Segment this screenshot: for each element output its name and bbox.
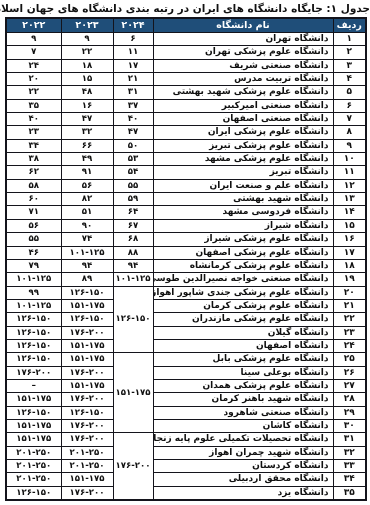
cell-rank-2023: ۳۲ bbox=[61, 126, 113, 139]
table-row: ۷۱۵۱۶۴دانشگاه فردوسی مشهد۱۴ bbox=[6, 206, 366, 219]
cell-university-name: دانشگاه علوم پزشکی مشهد bbox=[153, 153, 333, 166]
cell-row-number: ۲۳ bbox=[333, 326, 366, 339]
cell-rank-2022: ۱۲۶-۱۵۰ bbox=[6, 486, 61, 500]
cell-rank-2024: ۱۷۶-۲۰۰ bbox=[113, 433, 153, 500]
cell-rank-2023: ۱۵۱-۱۷۵ bbox=[61, 299, 113, 312]
cell-row-number: ۷ bbox=[333, 113, 366, 126]
cell-rank-2024: ۲۱ bbox=[113, 73, 153, 86]
cell-rank-2022: ۱۲۶-۱۵۰ bbox=[6, 406, 61, 419]
cell-university-name: دانشگاه تبریز bbox=[153, 166, 333, 179]
header-2023: ۲۰۲۳ bbox=[61, 18, 113, 33]
cell-rank-2022: ۲۳ bbox=[6, 126, 61, 139]
table-row: ۲۳۳۲۴۷دانشگاه علوم پزشکی ایران۸ bbox=[6, 126, 366, 139]
table-row: ۱۲۶-۱۵۰۱۷۶-۲۰۰دانشگاه یزد۳۵ bbox=[6, 486, 366, 500]
cell-rank-2023: ۹ bbox=[61, 33, 113, 46]
table-row: ۹۹۱۲۶-۱۵۰۱۲۶-۱۵۰دانشگاه علوم پزشکی جندی … bbox=[6, 286, 366, 299]
cell-row-number: ۲۷ bbox=[333, 379, 366, 392]
cell-university-name: دانشگاه علوم پزشکی شهید بهشتی bbox=[153, 86, 333, 99]
cell-rank-2023: ۹۴ bbox=[61, 259, 113, 272]
cell-university-name: دانشگاه کاشان bbox=[153, 419, 333, 432]
cell-rank-2024: ۱۰۱-۱۲۵ bbox=[113, 273, 153, 286]
cell-university-name: دانشگاه شهید چمران اهواز bbox=[153, 446, 333, 459]
cell-rank-2024: ۳۷ bbox=[113, 99, 153, 112]
cell-row-number: ۳۳ bbox=[333, 460, 366, 473]
cell-rank-2023: ۱۵۱-۱۷۵ bbox=[61, 339, 113, 352]
cell-rank-2022: ۲۰۱-۲۵۰ bbox=[6, 473, 61, 486]
cell-rank-2023: ۱۵۱-۱۷۵ bbox=[61, 473, 113, 486]
cell-rank-2024: ۶۷ bbox=[113, 219, 153, 232]
header-2024: ۲۰۲۴ bbox=[113, 18, 153, 33]
cell-university-name: دانشگاه بوعلی سینا bbox=[153, 366, 333, 379]
cell-university-name: دانشگاه تربیت مدرس bbox=[153, 73, 333, 86]
cell-university-name: دانشگاه علوم پزشکی شیراز bbox=[153, 233, 333, 246]
cell-rank-2023: ۱۵۱-۱۷۵ bbox=[61, 379, 113, 392]
cell-rank-2022: ۱۰۱-۱۲۵ bbox=[6, 299, 61, 312]
cell-rank-2023: ۱۷۶-۲۰۰ bbox=[61, 393, 113, 406]
table-row: ۲۴۱۸۱۷دانشگاه صنعتی شریف۳ bbox=[6, 59, 366, 72]
cell-rank-2024: ۱۲۶-۱۵۰ bbox=[113, 286, 153, 353]
cell-row-number: ۳ bbox=[333, 59, 366, 72]
cell-row-number: ۲۲ bbox=[333, 313, 366, 326]
cell-rank-2023: ۱۰۱-۱۲۵ bbox=[61, 246, 113, 259]
table-row: ۱۰۱-۱۲۵۸۹۱۰۱-۱۲۵دانشگاه صنعتی خواجه نصیر… bbox=[6, 273, 366, 286]
cell-row-number: ۱۶ bbox=[333, 233, 366, 246]
cell-rank-2024: ۴۰ bbox=[113, 113, 153, 126]
cell-rank-2024: ۵۴ bbox=[113, 166, 153, 179]
cell-rank-2022: ۴۰ bbox=[6, 113, 61, 126]
cell-rank-2024: ۱۷ bbox=[113, 59, 153, 72]
table-row: ۵۵۷۴۶۸دانشگاه علوم پزشکی شیراز۱۶ bbox=[6, 233, 366, 246]
cell-rank-2024: ۶۸ bbox=[113, 233, 153, 246]
cell-university-name: دانشگاه گیلان bbox=[153, 326, 333, 339]
cell-rank-2023: ۹۱ bbox=[61, 166, 113, 179]
table-row: ۲۲۴۸۳۱دانشگاه علوم پزشکی شهید بهشتی۵ bbox=[6, 86, 366, 99]
cell-rank-2022: ۱۵۱-۱۷۵ bbox=[6, 433, 61, 446]
table-row: ۱۰۱-۱۲۵۱۵۱-۱۷۵دانشگاه علوم پزشکی کرمان۲۱ bbox=[6, 299, 366, 312]
cell-rank-2023: ۱۲۶-۱۵۰ bbox=[61, 286, 113, 299]
cell-row-number: ۲۸ bbox=[333, 393, 366, 406]
cell-rank-2024: ۵۹ bbox=[113, 193, 153, 206]
cell-university-name: دانشگاه صنعتی امیرکبیر bbox=[153, 99, 333, 112]
cell-rank-2024: ۳۱ bbox=[113, 86, 153, 99]
cell-rank-2022: ۲۰۱-۲۵۰ bbox=[6, 460, 61, 473]
cell-rank-2023: ۸۹ bbox=[61, 273, 113, 286]
table-row: ۱۲۶-۱۵۰۱۷۶-۲۰۰دانشگاه گیلان۲۳ bbox=[6, 326, 366, 339]
cell-row-number: ۱۳ bbox=[333, 193, 366, 206]
table-row: ۲۰۱-۲۵۰۲۰۱-۲۵۰دانشگاه شهید چمران اهواز۳۲ bbox=[6, 446, 366, 459]
table-row: –۱۵۱-۱۷۵دانشگاه علوم پزشکی همدان۲۷ bbox=[6, 379, 366, 392]
cell-rank-2022: ۵۵ bbox=[6, 233, 61, 246]
cell-rank-2023: ۱۷۶-۲۰۰ bbox=[61, 326, 113, 339]
cell-university-name: دانشگاه اصفهان bbox=[153, 339, 333, 352]
table-row: ۱۵۱-۱۷۵۱۷۶-۲۰۰۱۷۶-۲۰۰دانشگاه تحصیلات تکم… bbox=[6, 433, 366, 446]
cell-rank-2024: ۱۱ bbox=[113, 46, 153, 59]
cell-rank-2024: ۱۵۱-۱۷۵ bbox=[113, 353, 153, 433]
header-2022: ۲۰۲۲ bbox=[6, 18, 61, 33]
cell-rank-2022: ۹ bbox=[6, 33, 61, 46]
cell-row-number: ۲۱ bbox=[333, 299, 366, 312]
cell-rank-2022: ۵۸ bbox=[6, 179, 61, 192]
table-row: ۹۹۶دانشگاه تهران۱ bbox=[6, 33, 366, 46]
table-body: ۹۹۶دانشگاه تهران۱۷۲۲۱۱دانشگاه علوم پزشکی… bbox=[6, 33, 366, 501]
cell-rank-2022: ۱۲۶-۱۵۰ bbox=[6, 313, 61, 326]
cell-row-number: ۲ bbox=[333, 46, 366, 59]
cell-rank-2023: ۲۲ bbox=[61, 46, 113, 59]
cell-university-name: دانشگاه علوم پزشکی تبریز bbox=[153, 139, 333, 152]
cell-university-name: دانشگاه شیراز bbox=[153, 219, 333, 232]
cell-rank-2023: ۱۶ bbox=[61, 99, 113, 112]
table-row: ۲۰۱-۲۵۰۲۰۱-۲۵۰دانشگاه کردستان۳۳ bbox=[6, 460, 366, 473]
table-row: ۳۸۴۹۵۳دانشگاه علوم پزشکی مشهد۱۰ bbox=[6, 153, 366, 166]
cell-rank-2022: – bbox=[6, 379, 61, 392]
table-row: ۷۲۲۱۱دانشگاه علوم پزشکی تهران۲ bbox=[6, 46, 366, 59]
document-page: جدول ۱: جایگاه دانشگاه های ایران در رتبه… bbox=[0, 0, 370, 505]
cell-rank-2023: ۹۰ bbox=[61, 219, 113, 232]
cell-university-name: دانشگاه محقق اردبیلی bbox=[153, 473, 333, 486]
cell-rank-2023: ۱۷۶-۲۰۰ bbox=[61, 433, 113, 446]
cell-rank-2022: ۷ bbox=[6, 46, 61, 59]
cell-rank-2022: ۵۶ bbox=[6, 219, 61, 232]
cell-row-number: ۳۵ bbox=[333, 486, 366, 500]
table-row: ۱۲۶-۱۵۰۱۵۱-۱۷۵۱۵۱-۱۷۵دانشگاه علوم پزشکی … bbox=[6, 353, 366, 366]
cell-rank-2024: ۵۰ bbox=[113, 139, 153, 152]
cell-row-number: ۱۰ bbox=[333, 153, 366, 166]
cell-rank-2022: ۹۹ bbox=[6, 286, 61, 299]
cell-row-number: ۱۷ bbox=[333, 246, 366, 259]
header-university-name: نام دانشگاه bbox=[153, 18, 333, 33]
cell-row-number: ۱ bbox=[333, 33, 366, 46]
cell-rank-2022: ۱۵۱-۱۷۵ bbox=[6, 419, 61, 432]
cell-university-name: دانشگاه علوم پزشکی همدان bbox=[153, 379, 333, 392]
cell-university-name: دانشگاه صنعتی شاهرود bbox=[153, 406, 333, 419]
cell-row-number: ۲۴ bbox=[333, 339, 366, 352]
table-row: ۳۵۱۶۳۷دانشگاه صنعتی امیرکبیر۶ bbox=[6, 99, 366, 112]
cell-rank-2022: ۱۷۶-۲۰۰ bbox=[6, 366, 61, 379]
cell-row-number: ۸ bbox=[333, 126, 366, 139]
cell-row-number: ۹ bbox=[333, 139, 366, 152]
cell-row-number: ۱۵ bbox=[333, 219, 366, 232]
cell-university-name: دانشگاه علم و صنعت ایران bbox=[153, 179, 333, 192]
cell-rank-2022: ۲۰۱-۲۵۰ bbox=[6, 446, 61, 459]
table-row: ۵۸۵۶۵۵دانشگاه علم و صنعت ایران۱۲ bbox=[6, 179, 366, 192]
cell-university-name: دانشگاه علوم پزشکی کرمانشاه bbox=[153, 259, 333, 272]
cell-university-name: دانشگاه صنعتی اصفهان bbox=[153, 113, 333, 126]
cell-rank-2022: ۱۵۱-۱۷۵ bbox=[6, 393, 61, 406]
cell-university-name: دانشگاه علوم پزشکی مازندران bbox=[153, 313, 333, 326]
table-row: ۱۵۱-۱۷۵۱۷۶-۲۰۰دانشگاه کاشان۳۰ bbox=[6, 419, 366, 432]
cell-rank-2023: ۴۸ bbox=[61, 86, 113, 99]
table-row: ۷۹۹۴۹۴دانشگاه علوم پزشکی کرمانشاه۱۸ bbox=[6, 259, 366, 272]
cell-row-number: ۱۱ bbox=[333, 166, 366, 179]
cell-rank-2023: ۱۷۶-۲۰۰ bbox=[61, 366, 113, 379]
cell-rank-2023: ۶۶ bbox=[61, 139, 113, 152]
cell-university-name: دانشگاه علوم پزشکی تهران bbox=[153, 46, 333, 59]
cell-row-number: ۱۹ bbox=[333, 273, 366, 286]
cell-row-number: ۲۵ bbox=[333, 353, 366, 366]
table-header: ۲۰۲۲ ۲۰۲۳ ۲۰۲۴ نام دانشگاه ردیف bbox=[6, 18, 366, 33]
cell-rank-2023: ۱۷۶-۲۰۰ bbox=[61, 419, 113, 432]
cell-rank-2022: ۱۲۶-۱۵۰ bbox=[6, 339, 61, 352]
cell-rank-2023: ۱۲۶-۱۵۰ bbox=[61, 313, 113, 326]
cell-rank-2022: ۱۰۱-۱۲۵ bbox=[6, 273, 61, 286]
cell-rank-2022: ۲۴ bbox=[6, 59, 61, 72]
table-row: ۴۰۴۷۴۰دانشگاه صنعتی اصفهان۷ bbox=[6, 113, 366, 126]
header-row: ۲۰۲۲ ۲۰۲۳ ۲۰۲۴ نام دانشگاه ردیف bbox=[6, 18, 366, 33]
table-row: ۵۶۹۰۶۷دانشگاه شیراز۱۵ bbox=[6, 219, 366, 232]
cell-university-name: دانشگاه علوم پزشکی اصفهان bbox=[153, 246, 333, 259]
cell-university-name: دانشگاه علوم پزشکی جندی شاپور اهواز bbox=[153, 286, 333, 299]
cell-rank-2022: ۶۰ bbox=[6, 193, 61, 206]
cell-rank-2023: ۱۷۶-۲۰۰ bbox=[61, 486, 113, 500]
table-row: ۲۰۱-۲۵۰۱۵۱-۱۷۵دانشگاه محقق اردبیلی۳۴ bbox=[6, 473, 366, 486]
cell-rank-2022: ۶۲ bbox=[6, 166, 61, 179]
cell-row-number: ۱۲ bbox=[333, 179, 366, 192]
cell-university-name: دانشگاه علوم پزشکی ایران bbox=[153, 126, 333, 139]
cell-rank-2022: ۲۲ bbox=[6, 86, 61, 99]
cell-university-name: دانشگاه فردوسی مشهد bbox=[153, 206, 333, 219]
table-row: ۶۲۹۱۵۴دانشگاه تبریز۱۱ bbox=[6, 166, 366, 179]
cell-rank-2023: ۱۵۱-۱۷۵ bbox=[61, 353, 113, 366]
cell-rank-2024: ۵۵ bbox=[113, 179, 153, 192]
table-row: ۲۰۱۵۲۱دانشگاه تربیت مدرس۴ bbox=[6, 73, 366, 86]
cell-university-name: دانشگاه صنعتی خواجه نصیرالدین طوسی bbox=[153, 273, 333, 286]
cell-row-number: ۳۱ bbox=[333, 433, 366, 446]
cell-row-number: ۵ bbox=[333, 86, 366, 99]
cell-rank-2022: ۱۲۶-۱۵۰ bbox=[6, 326, 61, 339]
cell-rank-2022: ۷۱ bbox=[6, 206, 61, 219]
cell-rank-2024: ۹۴ bbox=[113, 259, 153, 272]
cell-rank-2022: ۴۶ bbox=[6, 246, 61, 259]
cell-university-name: دانشگاه علوم پزشکی کرمان bbox=[153, 299, 333, 312]
table-row: ۱۲۶-۱۵۰۱۲۶-۱۵۰دانشگاه علوم پزشکی مازندرا… bbox=[6, 313, 366, 326]
cell-university-name: دانشگاه شهید باهنر کرمان bbox=[153, 393, 333, 406]
cell-rank-2022: ۲۰ bbox=[6, 73, 61, 86]
table-row: ۴۶۱۰۱-۱۲۵۸۸دانشگاه علوم پزشکی اصفهان۱۷ bbox=[6, 246, 366, 259]
ranking-table: ۲۰۲۲ ۲۰۲۳ ۲۰۲۴ نام دانشگاه ردیف ۹۹۶دانشگ… bbox=[5, 17, 367, 501]
cell-rank-2024: ۶۴ bbox=[113, 206, 153, 219]
cell-row-number: ۳۲ bbox=[333, 446, 366, 459]
cell-university-name: دانشگاه یزد bbox=[153, 486, 333, 500]
cell-rank-2023: ۲۰۱-۲۵۰ bbox=[61, 460, 113, 473]
cell-university-name: دانشگاه علوم پزشکی بابل bbox=[153, 353, 333, 366]
cell-rank-2022: ۱۲۶-۱۵۰ bbox=[6, 353, 61, 366]
cell-rank-2022: ۳۵ bbox=[6, 99, 61, 112]
table-row: ۶۰۸۲۵۹دانشگاه شهید بهشتی۱۳ bbox=[6, 193, 366, 206]
cell-rank-2023: ۲۰۱-۲۵۰ bbox=[61, 446, 113, 459]
header-rank: ردیف bbox=[333, 18, 366, 33]
cell-university-name: دانشگاه شهید بهشتی bbox=[153, 193, 333, 206]
cell-rank-2023: ۵۱ bbox=[61, 206, 113, 219]
cell-row-number: ۱۸ bbox=[333, 259, 366, 272]
cell-rank-2024: ۵۳ bbox=[113, 153, 153, 166]
cell-rank-2023: ۸۲ bbox=[61, 193, 113, 206]
cell-rank-2023: ۴۷ bbox=[61, 113, 113, 126]
cell-rank-2023: ۷۴ bbox=[61, 233, 113, 246]
cell-university-name: دانشگاه تهران bbox=[153, 33, 333, 46]
cell-row-number: ۲۶ bbox=[333, 366, 366, 379]
cell-row-number: ۳۴ bbox=[333, 473, 366, 486]
table-row: ۱۷۶-۲۰۰۱۷۶-۲۰۰دانشگاه بوعلی سینا۲۶ bbox=[6, 366, 366, 379]
cell-rank-2024: ۸۸ bbox=[113, 246, 153, 259]
cell-row-number: ۴ bbox=[333, 73, 366, 86]
cell-rank-2024: ۴۷ bbox=[113, 126, 153, 139]
cell-row-number: ۱۴ bbox=[333, 206, 366, 219]
cell-university-name: دانشگاه کردستان bbox=[153, 460, 333, 473]
cell-university-name: دانشگاه تحصیلات تکمیلی علوم پایه زنجان bbox=[153, 433, 333, 446]
table-row: ۱۵۱-۱۷۵۱۷۶-۲۰۰دانشگاه شهید باهنر کرمان۲۸ bbox=[6, 393, 366, 406]
table-row: ۱۲۶-۱۵۰۱۵۱-۱۷۵دانشگاه اصفهان۲۴ bbox=[6, 339, 366, 352]
table-title: جدول ۱: جایگاه دانشگاه های ایران در رتبه… bbox=[0, 0, 370, 16]
cell-rank-2024: ۶ bbox=[113, 33, 153, 46]
cell-row-number: ۲۰ bbox=[333, 286, 366, 299]
cell-row-number: ۲۹ bbox=[333, 406, 366, 419]
cell-university-name: دانشگاه صنعتی شریف bbox=[153, 59, 333, 72]
cell-row-number: ۶ bbox=[333, 99, 366, 112]
cell-rank-2022: ۳۴ bbox=[6, 139, 61, 152]
table-row: ۳۴۶۶۵۰دانشگاه علوم پزشکی تبریز۹ bbox=[6, 139, 366, 152]
cell-rank-2022: ۷۹ bbox=[6, 259, 61, 272]
cell-rank-2022: ۳۸ bbox=[6, 153, 61, 166]
cell-row-number: ۳۰ bbox=[333, 419, 366, 432]
cell-rank-2023: ۵۶ bbox=[61, 179, 113, 192]
cell-rank-2023: ۱۵ bbox=[61, 73, 113, 86]
cell-rank-2023: ۱۸ bbox=[61, 59, 113, 72]
cell-rank-2023: ۴۹ bbox=[61, 153, 113, 166]
table-row: ۱۲۶-۱۵۰۱۲۶-۱۵۰دانشگاه صنعتی شاهرود۲۹ bbox=[6, 406, 366, 419]
cell-rank-2023: ۱۲۶-۱۵۰ bbox=[61, 406, 113, 419]
